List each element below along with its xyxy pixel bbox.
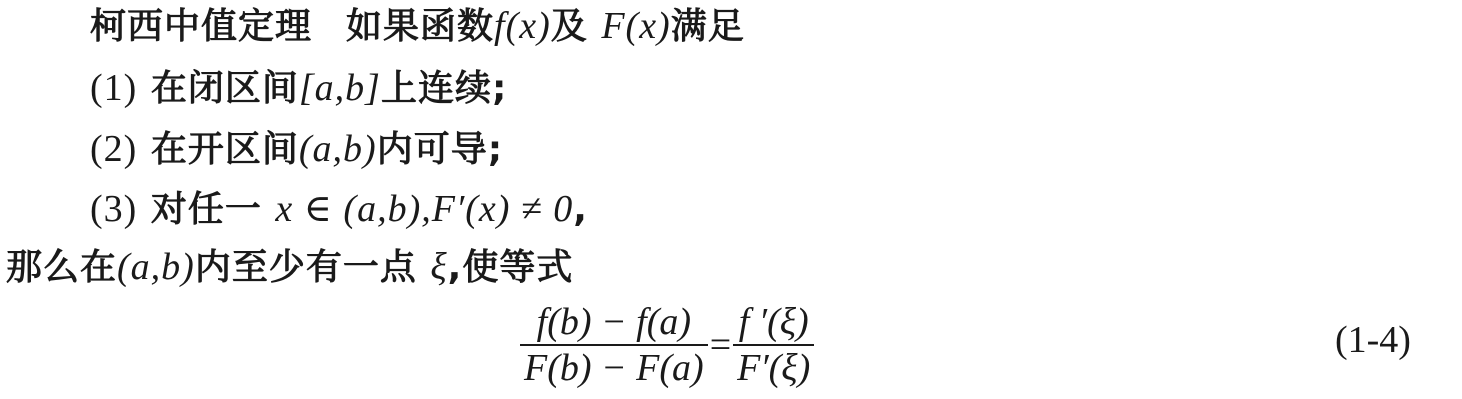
conclusion-line: 那么在(a,b)内至少有一点 ξ,使等式 [6,245,573,290]
lhs-numerator: f(b) − f(a) [533,300,695,344]
theorem-title: 柯西中值定理 [90,6,312,47]
condition-3: (3) 对任一 x ∈ (a,b),F′(x) ≠ 0, [90,187,588,232]
rhs-fraction: f ′(ξ) F′(ξ) [733,300,814,390]
lhs-denominator: F(b) − F(a) [520,346,708,390]
condition-text: 在开区间 [151,129,299,170]
function-f: f(x) [494,5,551,47]
condition-math: x ∈ (a,b),F′(x) ≠ 0 [275,188,573,230]
condition-index: (3) [90,188,137,230]
rhs-denominator: F′(ξ) [733,346,814,390]
function-F: F(x) [601,5,670,47]
condition-text: 对任一 [151,189,262,230]
condition-math: (a,b) [299,128,377,170]
condition-math: [a,b] [299,67,381,109]
theorem-statement-line: 柯西中值定理如果函数f(x)及 F(x)满足 [90,4,745,49]
conclusion-prefix: 那么在 [6,247,117,288]
condition-text: 在闭区间 [151,68,299,109]
condition-text-after: , [573,189,588,230]
condition-text-after: 内可导; [377,129,503,170]
condition-2: (2) 在开区间(a,b)内可导; [90,127,503,172]
lhs-fraction: f(b) − f(a) F(b) − F(a) [520,300,708,390]
equals-sign: = [710,323,731,367]
rhs-numerator: f ′(ξ) [735,300,813,344]
condition-index: (1) [90,67,137,109]
cauchy-formula: f(b) − f(a) F(b) − F(a) = f ′(ξ) F′(ξ) [520,300,814,390]
equation-number: (1-4) [1335,318,1411,362]
condition-1: (1) 在闭区间[a,b]上连续; [90,66,507,111]
conclusion-suffix: ,使等式 [448,247,574,288]
conclusion-xi: ξ [430,246,447,288]
intro-and: 及 [551,6,588,47]
condition-index: (2) [90,128,137,170]
condition-text-after: 上连续; [381,68,507,109]
intro-suffix: 满足 [671,6,745,47]
conclusion-interval: (a,b) [117,246,195,288]
conclusion-middle: 内至少有一点 [195,247,417,288]
intro-prefix: 如果函数 [346,6,494,47]
